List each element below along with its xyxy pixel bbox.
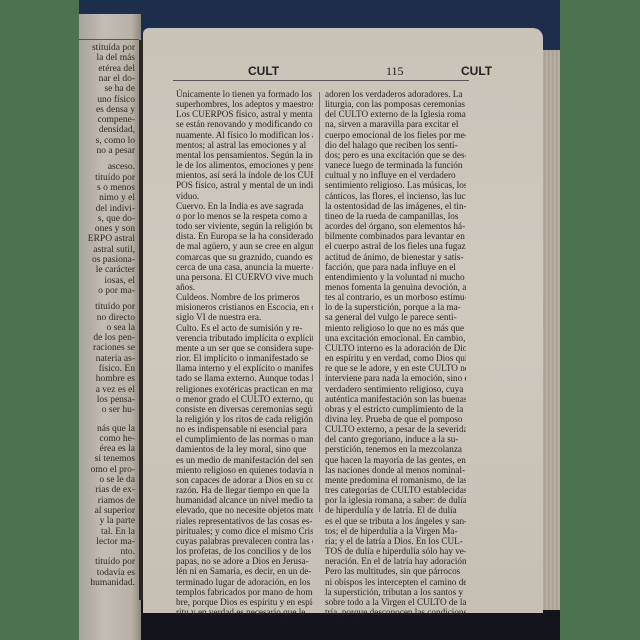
- page-number: 115: [386, 64, 404, 79]
- text-line: una excitación emocional. En cambio, el: [325, 333, 466, 343]
- text-line: entendimiento y la voluntad ni mucho: [325, 272, 466, 282]
- column-divider: [319, 92, 320, 512]
- text-line: la ostentosidad de las imágenes, el tin-: [325, 201, 466, 211]
- page-edges: [543, 50, 560, 610]
- text-line: todo ser viviente, según la religión bu-: [176, 221, 313, 231]
- text-line: Los CUERPOS físico, astral y mental: [176, 109, 313, 119]
- text-line: ría; y el de latría a Dios. En los CUL-: [325, 536, 466, 546]
- text-line: son capaces de adorar a Dios en su co-: [176, 475, 313, 485]
- text-line: superhombres, los adeptos y maestros.: [176, 99, 313, 109]
- text-line: nuamente. Al físico lo modifican los ali…: [176, 130, 313, 140]
- text-line: misioneros cristianos en Escocia, en el: [176, 302, 313, 312]
- text-line: comarcas que su graznido, cuando está: [176, 252, 313, 262]
- text-line: es el que se tributa a los ángeles y san…: [325, 516, 466, 526]
- text-line: bre, porque Dios es espíritu y en espí-: [176, 597, 313, 607]
- text-line: TOS de dulía e hiperdulía sólo hay ve-: [325, 546, 466, 556]
- text-line: sentimiento religioso. Las músicas, los: [325, 180, 466, 190]
- text-line: cerca de una casa, anuncia la muerte de: [176, 262, 313, 272]
- text-line: del canto gregoriano, induce a la su-: [325, 434, 466, 444]
- text-line: la superstición, tributan a los santos y: [325, 587, 466, 597]
- text-line: por la iglesia romana, a saber: de dulía…: [325, 495, 466, 505]
- text-line: las naciones donde al menos nominal-: [325, 465, 466, 475]
- text-line: años.: [176, 282, 313, 292]
- text-line: verencia tributado implícita o explícita…: [176, 333, 313, 343]
- text-line: Culto. Es el acto de sumisión y re-: [176, 323, 313, 333]
- text-line: perstición, tenemos en la mezcolanza: [325, 444, 466, 454]
- text-line: cuyas palabras prevalecen contra las de: [176, 536, 313, 546]
- text-line: siglo VI de nuestra era.: [176, 312, 313, 322]
- text-line: llama interno y el explícito o manifes-: [176, 363, 313, 373]
- text-line: rior. El implícito o inmanifestado se: [176, 353, 313, 363]
- text-line: tes al contrario, es un morboso estímu-: [325, 292, 466, 302]
- text-line: neración. En el de latría hay adoración.: [325, 556, 466, 566]
- text-line: CULTO externo, a pesar de la severidad: [325, 424, 466, 434]
- text-line: que hacen la mayoría de las gentes, en: [325, 455, 466, 465]
- text-line: sobre todo a la Virgen el CULTO de la-: [325, 597, 466, 607]
- text-line: auténtica manifestación son las buenas: [325, 394, 466, 404]
- text-line: ni obispos les intercepten el camino de: [325, 577, 466, 587]
- text-line: divina ley. Prueba de que el pomposo: [325, 414, 466, 424]
- text-column-right: adoren los verdaderos adoradores. Lalitu…: [325, 89, 466, 617]
- text-line: actitud de ánimo, de bienestar y satis-: [325, 252, 466, 262]
- text-line: viduo.: [176, 191, 313, 201]
- text-line: es un medio de manifestación del senti-: [176, 455, 313, 465]
- text-line: religiones exotéricas practican en mayor: [176, 384, 313, 394]
- header-right-word: CULT: [461, 64, 492, 78]
- text-line: dista. En Europa se la ha considerado: [176, 231, 313, 241]
- text-line: verdadero sentimiento religioso, cuya: [325, 384, 466, 394]
- text-line: tres categorías de CULTO establecidas: [325, 485, 466, 495]
- page-header: CULT 115 CULT: [143, 64, 543, 84]
- text-line: Culdeos. Nombre de los primeros: [176, 292, 313, 302]
- text-line: o menor grado el CULTO externo, que: [176, 394, 313, 404]
- text-line: Únicamente lo tienen ya formado los: [176, 89, 313, 99]
- text-line: interviene para nada la emoción, sino el: [325, 373, 466, 383]
- text-line: re que se le adore, y en este CULTO no: [325, 363, 466, 373]
- text-line: mente a un ser que se considera supe-: [176, 343, 313, 353]
- text-line: Pero las multitudes, sin que párrocos: [325, 566, 466, 576]
- text-line: se están renovando y modificando conti-: [176, 119, 313, 129]
- text-line: CULTO interno es la adoración de Dios: [325, 343, 466, 353]
- text-line: Cuervo. En la India es ave sagrada: [176, 201, 313, 211]
- text-line: consiste en diversas ceremonias según: [176, 404, 313, 414]
- text-line: lo de la superstición, porque a la ma-: [325, 302, 466, 312]
- text-line: del CULTO externo de la Iglesia roma-: [325, 109, 466, 119]
- text-line: mientos, así será la índole de los CUER-: [176, 170, 313, 180]
- text-line: elevado, que no necesite objetos mate-: [176, 505, 313, 515]
- left-page-fragment: o ser hu-: [102, 404, 135, 417]
- text-line: liturgia, con las pomposas ceremonias: [325, 99, 466, 109]
- text-line: dio del halago que reciben los senti-: [325, 140, 466, 150]
- text-line: cultual y no influye en el verdadero: [325, 170, 466, 180]
- text-line: tado se llama externo. Aunque todas las: [176, 373, 313, 383]
- text-line: el cuerpo astral de los fieles una fugaz: [325, 241, 466, 251]
- left-header-rule: [79, 39, 139, 40]
- text-line: tineo de la rueda de campanillas, los: [325, 211, 466, 221]
- text-line: le de los alimentos, emociones y pensa-: [176, 160, 313, 170]
- left-page-fragment: o por ma-: [98, 285, 135, 298]
- text-line: riales representativos de las cosas es-: [176, 516, 313, 526]
- text-line: humanidad alcance un nivel medio tan: [176, 495, 313, 505]
- left-page: stituída porla del másetérea delnar el d…: [79, 14, 141, 640]
- text-line: los profetas, de los concilios y de los: [176, 546, 313, 556]
- text-line: tos; el de hiperdulía a la Virgen Ma-: [325, 526, 466, 536]
- text-line: la religión y los ritos de cada religión…: [176, 414, 313, 424]
- text-line: papas, no se adore a Dios en Jerusa-: [176, 556, 313, 566]
- text-line: en espíritu y en verdad, como Dios quie-: [325, 353, 466, 363]
- text-line: el cumplimiento de las normas o man-: [176, 434, 313, 444]
- text-line: mental los pensamientos. Según la índo-: [176, 150, 313, 160]
- text-line: ritu y en verdad es necesario que le: [176, 607, 313, 617]
- text-line: razón. Ha de llegar tiempo en que la: [176, 485, 313, 495]
- left-page-fragment: no a pesar: [96, 145, 135, 158]
- text-line: mentos; al astral las emociones y al: [176, 140, 313, 150]
- text-line: miento religioso en quienes todavía no: [176, 465, 313, 475]
- text-line: menos fomenta la genuina devoción, an-: [325, 282, 466, 292]
- text-line: lén ni en Samaria, es decir, en un de-: [176, 566, 313, 576]
- left-page-fragment: humanidad.: [90, 577, 135, 590]
- text-line: obras y el estricto cumplimiento de la: [325, 404, 466, 414]
- text-line: templos fabricados por mano de hom-: [176, 587, 313, 597]
- header-left-word: CULT: [248, 64, 279, 78]
- text-line: no es indispensable ni esencial para: [176, 424, 313, 434]
- text-line: de hiperdulía y de latría. El de dulía: [325, 505, 466, 515]
- text-line: vanece luego de terminada la función: [325, 160, 466, 170]
- text-line: damientos de la ley moral, sino que: [176, 444, 313, 454]
- header-rule: [173, 80, 469, 81]
- text-line: o por lo menos se la respeta como a: [176, 211, 313, 221]
- text-line: POS físico, astral y mental de un indi-: [176, 180, 313, 190]
- text-line: miento religioso lo que no es más que: [325, 323, 466, 333]
- text-line: de mal agüero, y aun se cree en algunas: [176, 241, 313, 251]
- text-line: una persona. El CUERVO vive muchos: [176, 272, 313, 282]
- text-line: terminado lugar de adoración, en los: [176, 577, 313, 587]
- text-line: mente predomina el romanismo, de las: [325, 475, 466, 485]
- text-line: acordes del órgano, son elementos há-: [325, 221, 466, 231]
- text-line: pirituales; y como dice el mismo Cristo,: [176, 526, 313, 536]
- text-line: bilmente combinados para levantar en: [325, 231, 466, 241]
- text-line: cuerpo emocional de los fieles por me-: [325, 130, 466, 140]
- text-line: tría, porque desconocen las condiciones: [325, 607, 466, 617]
- text-column-left: Únicamente lo tienen ya formado lossuper…: [176, 89, 313, 617]
- text-line: cánticos, las flores, el incienso, las l…: [325, 191, 466, 201]
- text-line: facción, que para nada influye en el: [325, 262, 466, 272]
- text-line: na, sirven a maravilla para excitar el: [325, 119, 466, 129]
- text-line: dos; pero es una excitación que se des-: [325, 150, 466, 160]
- text-line: adoren los verdaderos adoradores. La: [325, 89, 466, 99]
- text-line: sa general del vulgo le parece senti-: [325, 312, 466, 322]
